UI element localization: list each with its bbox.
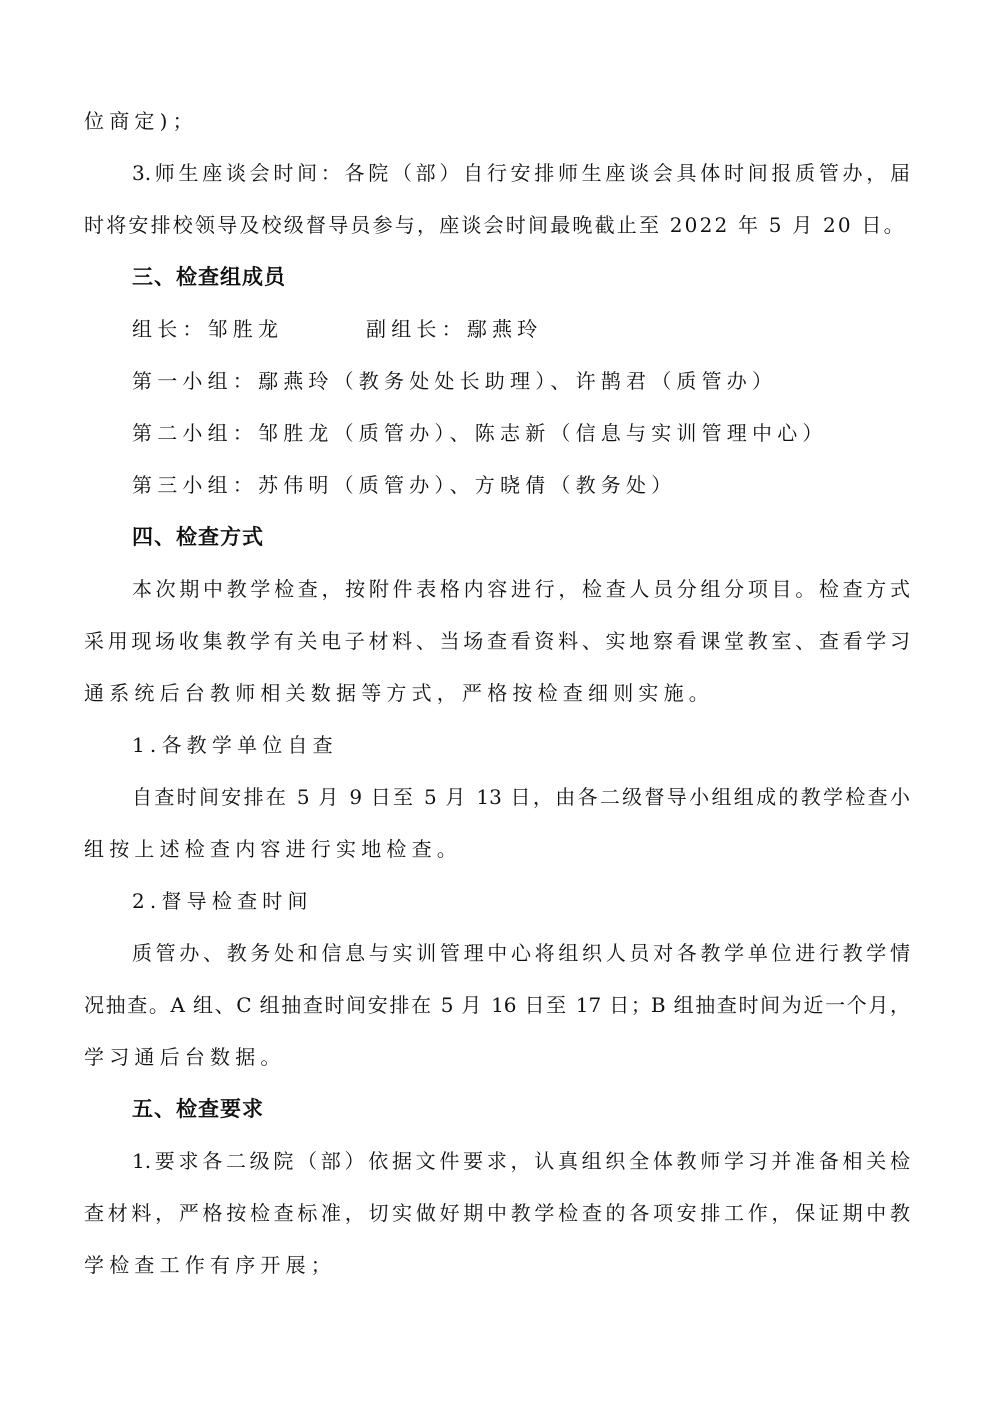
group-line: 第二小组：邹胜龙（质管办）、陈志新（信息与实训管理中心） (132, 420, 828, 446)
group-line: 第一小组：鄢燕玲（教务处处长助理）、许鹊君（质管办） (132, 368, 777, 394)
section-heading: 五、检查要求 (132, 1096, 264, 1122)
subsection-title: 1.各教学单位自查 (132, 732, 338, 758)
paragraph-line: 3.师生座谈会时间：各院（部）自行安排师生座谈会具体时间报质管办，届 (132, 160, 910, 186)
leader-label: 组长：邹胜龙 (132, 316, 283, 342)
group-line: 第三小组：苏伟明（质管办）、方晓倩（教务处） (132, 472, 676, 498)
section-heading: 四、检查方式 (132, 524, 264, 550)
paragraph-line: 自查时间安排在 5 月 9 日至 5 月 13 日，由各二级督导小组组成的教学检… (132, 784, 910, 810)
paragraph-line: 位商定)； (84, 108, 198, 134)
paragraph-line: 组按上述检查内容进行实地检查。 (84, 836, 462, 862)
deputy-leader-label: 副组长：鄢燕玲 (366, 316, 542, 342)
paragraph-line: 通系统后台教师相关数据等方式，严格按检查细则实施。 (84, 680, 714, 706)
paragraph-line: 学习通后台数据。 (84, 1044, 286, 1070)
paragraph-line: 查材料，严格按检查标准，切实做好期中教学检查的各项安排工作，保证期中教 (84, 1200, 910, 1226)
paragraph-line: 质管办、教务处和信息与实训管理中心将组织人员对各教学单位进行教学情 (132, 940, 910, 966)
paragraph-line: 1.要求各二级院（部）依据文件要求，认真组织全体教师学习并准备相关检 (132, 1148, 910, 1174)
subsection-title: 2.督导检查时间 (132, 888, 313, 914)
section-heading: 三、检查组成员 (132, 264, 286, 290)
paragraph-line: 本次期中教学检查，按附件表格内容进行，检查人员分组分项目。检查方式 (132, 576, 910, 602)
paragraph-line: 时将安排校领导及校级督导员参与，座谈会时间最晚截止至 2022 年 5 月 20… (84, 212, 906, 238)
paragraph-line: 学检查工作有序开展； (84, 1252, 336, 1278)
paragraph-line: 况抽查。A 组、C 组抽查时间安排在 5 月 16 日至 17 日；B 组抽查时… (84, 992, 910, 1018)
paragraph-line: 采用现场收集教学有关电子材料、当场查看资料、实地察看课堂教室、查看学习 (84, 628, 910, 654)
